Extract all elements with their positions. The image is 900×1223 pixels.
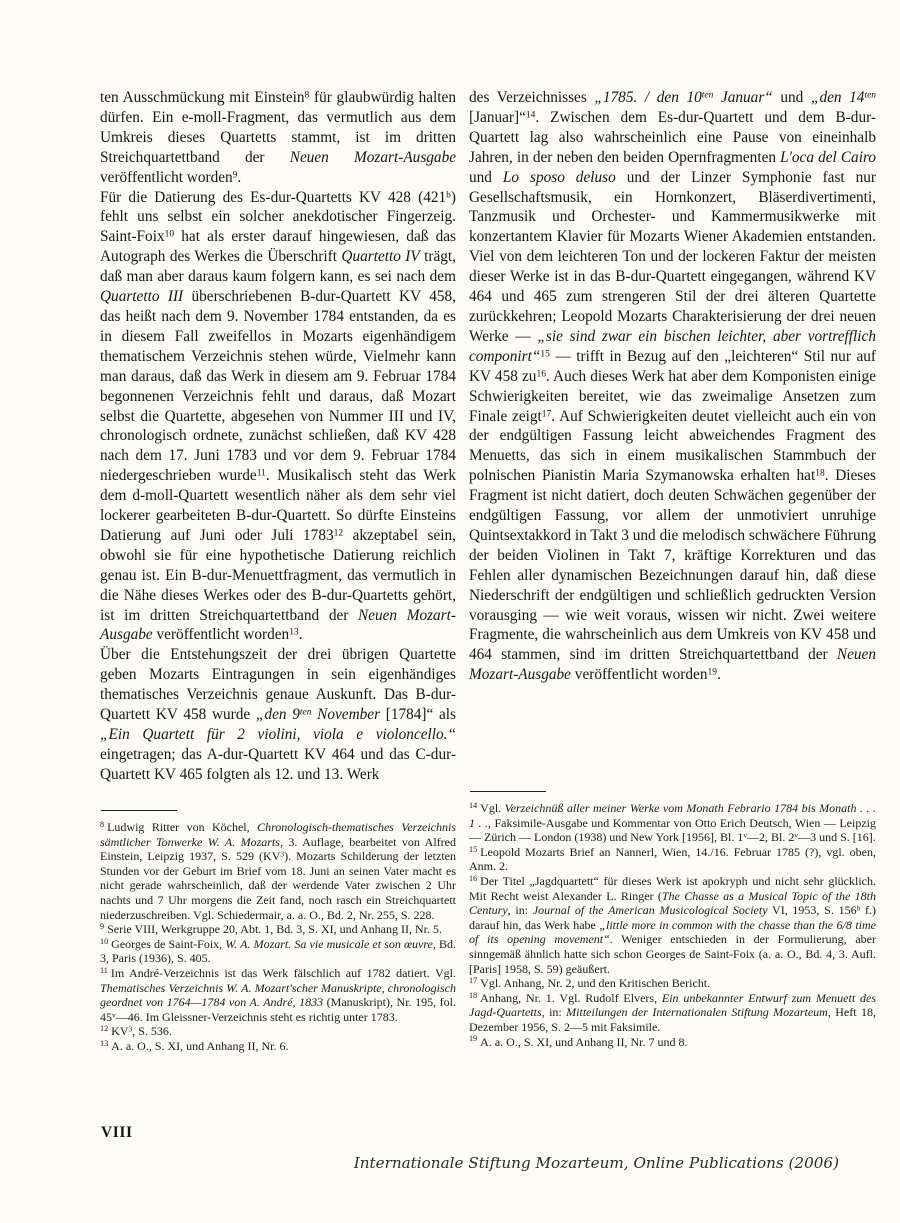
footnote-19: 19A. a. O., S. XI, und Anhang II, Nr. 7 … bbox=[469, 1035, 876, 1050]
italic-text: Quartetto III bbox=[100, 288, 183, 305]
italic-text: Januar“ bbox=[713, 89, 772, 106]
superscript: 18 bbox=[815, 468, 824, 478]
footnote-separator-rule bbox=[101, 810, 177, 811]
footnote-number: 10 bbox=[100, 937, 108, 946]
italic-text: L'oca del Cairo bbox=[780, 149, 876, 166]
superscript: 13 bbox=[289, 628, 298, 638]
footnote-11: 11Im André-Verzeichnis ist das Werk fäls… bbox=[100, 966, 456, 1024]
superscript: 14 bbox=[526, 110, 535, 120]
italic-text: Journal of the American Musicological So… bbox=[533, 903, 768, 917]
italic-text: Chronologisch-thematisches Verzeichnis s… bbox=[100, 820, 456, 849]
text-columns: ten Ausschmückung mit Einstein8 für glau… bbox=[100, 88, 876, 1128]
superscript: 9 bbox=[233, 170, 238, 180]
footnote-number: 18 bbox=[469, 991, 477, 1000]
italic-text: Quartetto IV bbox=[341, 248, 419, 265]
footnote-14: 14Vgl. Verzeichnüß aller meiner Werke vo… bbox=[469, 801, 876, 845]
superscript: 11 bbox=[257, 468, 266, 478]
italic-text: „den 9 bbox=[256, 706, 300, 723]
footnote-17: 17Vgl. Anhang, Nr. 2, und den Kritischen… bbox=[469, 976, 876, 991]
superscript: b bbox=[446, 190, 451, 200]
superscript: v bbox=[112, 1010, 116, 1019]
italic-text: „sie sind zwar ein bischen leichter, abe… bbox=[469, 328, 876, 365]
right-column-footnotes: 14Vgl. Verzeichnüß aller meiner Werke vo… bbox=[469, 801, 876, 1049]
italic-text: „little more in common with the chasse t… bbox=[469, 918, 876, 947]
paragraph: Für die Datierung des Es-dur-Quartetts K… bbox=[100, 188, 456, 646]
footnote-15: 15Leopold Mozarts Brief an Nannerl, Wien… bbox=[469, 845, 876, 874]
footnote-number: 9 bbox=[100, 922, 104, 931]
italic-text: November bbox=[311, 706, 380, 723]
footnote-number: 16 bbox=[469, 874, 477, 883]
superscript: 12 bbox=[334, 528, 343, 538]
italic-text: „Ein Quartett für 2 violini, viola e vio… bbox=[100, 726, 456, 743]
footnote-9: 9Serie VIII, Werkgruppe 20, Abt. 1, Bd. … bbox=[100, 922, 456, 937]
superscript: 17 bbox=[542, 409, 551, 419]
left-column-body: ten Ausschmückung mit Einstein8 für glau… bbox=[100, 88, 456, 785]
superscript: v bbox=[743, 830, 747, 839]
footnote-number: 11 bbox=[100, 966, 108, 975]
footnote-number: 19 bbox=[469, 1034, 477, 1043]
footnote-12: 12KV3, S. 536. bbox=[100, 1024, 456, 1039]
right-column-body: des Verzeichnisses „1785. / den 10ten Ja… bbox=[469, 88, 876, 685]
paragraph: ten Ausschmückung mit Einstein8 für glau… bbox=[100, 88, 456, 188]
page-number: VIII bbox=[101, 1124, 133, 1142]
italic-text: Mitteilungen der Internationalen Stiftun… bbox=[566, 1005, 828, 1019]
footnote-13: 13A. a. O., S. XI, und Anhang II, Nr. 6. bbox=[100, 1039, 456, 1054]
footnote-16: 16Der Titel „Jagdquartett“ für dieses We… bbox=[469, 874, 876, 976]
paragraph: Über die Entstehungszeit der drei übrige… bbox=[100, 645, 456, 784]
right-footnotes-block: 14Vgl. Verzeichnüß aller meiner Werke vo… bbox=[469, 791, 876, 1049]
superscript: 15 bbox=[540, 349, 549, 359]
superscript: 10 bbox=[165, 230, 174, 240]
superscript: 3 bbox=[129, 1025, 133, 1034]
footnote-number: 17 bbox=[469, 976, 477, 985]
italic-text: „1785. / den 10 bbox=[594, 89, 701, 106]
footnote-number: 15 bbox=[469, 845, 477, 854]
superscript: ten bbox=[864, 90, 876, 100]
superscript: 16 bbox=[536, 369, 545, 379]
publication-credit: Internationale Stiftung Mozarteum, Onlin… bbox=[354, 1154, 839, 1172]
paragraph: des Verzeichnisses „1785. / den 10ten Ja… bbox=[469, 88, 876, 685]
italic-text: „den 14 bbox=[811, 89, 865, 106]
italic-text: W. A. Mozart. Sa vie musicale et son œuv… bbox=[225, 937, 433, 951]
footnote-number: 8 bbox=[100, 820, 104, 829]
footnote-number: 12 bbox=[100, 1024, 108, 1033]
italic-text: Neuen Mozart-Ausgabe bbox=[100, 607, 456, 644]
italic-text: Neuen Mozart-Ausgabe bbox=[290, 149, 456, 166]
right-column: des Verzeichnisses „1785. / den 10ten Ja… bbox=[469, 88, 876, 1128]
footnote-10: 10Georges de Saint-Foix, W. A. Mozart. S… bbox=[100, 937, 456, 966]
left-column: ten Ausschmückung mit Einstein8 für glau… bbox=[100, 88, 456, 1128]
footnote-number: 14 bbox=[469, 801, 477, 810]
footnote-separator-rule bbox=[470, 791, 546, 792]
italic-text: Verzeichnüß aller meiner Werke vom Monat… bbox=[469, 801, 876, 830]
footnote-18: 18Anhang, Nr. 1. Vgl. Rudolf Elvers, Ein… bbox=[469, 991, 876, 1035]
superscript: b bbox=[857, 903, 861, 912]
superscript: ten bbox=[702, 90, 714, 100]
superscript: 8 bbox=[305, 90, 310, 100]
footnote-number: 13 bbox=[100, 1039, 108, 1048]
italic-text: Thematisches Verzeichnis W. A. Mozart'sc… bbox=[100, 981, 456, 1010]
left-footnotes-block: 8Ludwig Ritter von Köchel, Chronologisch… bbox=[100, 810, 456, 1054]
superscript: 3 bbox=[280, 849, 284, 858]
footnote-8: 8Ludwig Ritter von Köchel, Chronologisch… bbox=[100, 820, 456, 922]
italic-text: Neuen Mozart-Ausgabe bbox=[469, 646, 876, 683]
superscript: v bbox=[794, 830, 798, 839]
left-column-footnotes: 8Ludwig Ritter von Köchel, Chronologisch… bbox=[100, 820, 456, 1054]
superscript: ten bbox=[300, 707, 312, 717]
superscript: 19 bbox=[707, 668, 716, 678]
scanned-book-page: ten Ausschmückung mit Einstein8 für glau… bbox=[0, 0, 900, 1223]
italic-text: Lo sposo deluso bbox=[503, 169, 616, 186]
